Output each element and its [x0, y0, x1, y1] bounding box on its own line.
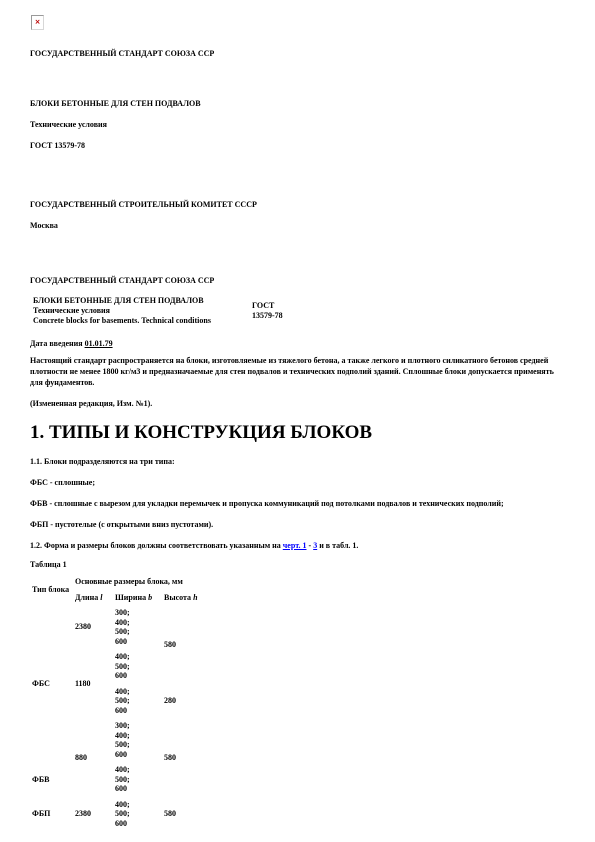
cell-widths: 400; 500; 600 [113, 684, 162, 719]
scope-paragraph: Настоящий стандарт распространяется на б… [30, 355, 567, 388]
cell-type-fbs: ФБС [30, 605, 73, 762]
section-1-heading: 1. ТИПЫ И КОНСТРУКЦИЯ БЛОКОВ [30, 421, 567, 445]
effective-date-label: Дата введения [30, 339, 83, 348]
clause-1-2-suffix: и в табл. 1. [317, 541, 358, 550]
cell-height-280: 280 [162, 684, 214, 719]
title-block-title-ru: БЛОКИ БЕТОННЫЕ ДЛЯ СТЕН ПОДВАЛОВ [33, 296, 252, 306]
cell-height-580: 580 [162, 718, 214, 797]
committee-name: ГОСУДАРСТВЕННЫЙ СТРОИТЕЛЬНЫЙ КОМИТЕТ ССС… [30, 199, 567, 210]
table-1: Тип блока Основные размеры блока, мм Дли… [30, 574, 214, 831]
document-subtitle: Технические условия [30, 119, 567, 130]
table-row: ФБС 2380 300; 400; 500; 600 580 [30, 605, 214, 649]
table-header-length-symbol: l [100, 593, 102, 602]
union-standard-heading-repeat: ГОСУДАРСТВЕННЫЙ СТАНДАРТ СОЮЗА ССР [30, 275, 567, 286]
table-header-width: Ширина b [113, 590, 162, 606]
clause-1-2: 1.2. Форма и размеры блоков должны соотв… [30, 540, 567, 551]
cell-widths: 300; 400; 500; 600 [113, 718, 162, 762]
gost-label: ГОСТ [252, 301, 283, 311]
table-header-row-1: Тип блока Основные размеры блока, мм [30, 574, 214, 590]
cell-type-fbv: ФБВ [30, 762, 73, 797]
cell-widths: 400; 500; 600 [113, 797, 162, 832]
cell-length-2380: 2380 [73, 797, 113, 832]
block-type-item-fbs: ФБС - сплошные; [30, 477, 567, 488]
cell-widths: 300; 400; 500; 600 [113, 605, 162, 649]
amendment-note: (Измененная редакция, Изм. №1). [30, 398, 567, 409]
table-header-height-label: Высота [164, 593, 191, 602]
clause-1-2-prefix: 1.2. Форма и размеры блоков должны соотв… [30, 541, 283, 550]
title-block: БЛОКИ БЕТОННЫЕ ДЛЯ СТЕН ПОДВАЛОВ Техниче… [30, 296, 567, 326]
cell-length-880: 880 [73, 718, 113, 797]
document-number: ГОСТ 13579-78 [30, 140, 567, 151]
drawing-1-link[interactable]: черт. 1 [283, 541, 307, 550]
table-header-width-symbol: b [148, 593, 152, 602]
clause-1-1: 1.1. Блоки подразделяются на три типа: [30, 456, 567, 467]
table-1-caption: Таблица 1 [30, 559, 567, 570]
table-header-height: Высота h [162, 590, 214, 606]
effective-date-value[interactable]: 01.01.79 [85, 339, 113, 348]
title-block-left: БЛОКИ БЕТОННЫЕ ДЛЯ СТЕН ПОДВАЛОВ Техниче… [30, 296, 252, 326]
city-label: Москва [30, 220, 567, 231]
cell-length-1180: 1180 [73, 649, 113, 718]
table-header-length: Длина l [73, 590, 113, 606]
gost-number: 13579-78 [252, 311, 283, 321]
block-type-item-fbp: ФБП - пустотелые (с открытыми вниз пусто… [30, 519, 567, 530]
document-title: БЛОКИ БЕТОННЫЕ ДЛЯ СТЕН ПОДВАЛОВ [30, 98, 567, 109]
broken-image-x-icon: × [35, 19, 41, 26]
table-header-width-label: Ширина [115, 593, 146, 602]
cell-widths: 400; 500; 600 [113, 762, 162, 797]
table-header-dims: Основные размеры блока, мм [73, 574, 214, 590]
cell-length-2380: 2380 [73, 605, 113, 649]
effective-date-line: Дата введения 01.01.79 [30, 338, 567, 349]
table-header-type: Тип блока [30, 574, 73, 605]
title-block-gost: ГОСТ 13579-78 [252, 301, 283, 321]
union-standard-heading: ГОСУДАРСТВЕННЫЙ СТАНДАРТ СОЮЗА ССР [30, 48, 567, 59]
cell-height-580: 580 [162, 797, 214, 832]
cell-type-fbp: ФБП [30, 797, 73, 832]
block-type-item-fbv: ФБВ - сплошные с вырезом для укладки пер… [30, 498, 567, 509]
cell-height-580: 580 [162, 605, 214, 684]
cell-widths: 400; 500; 600 [113, 649, 162, 684]
broken-image-icon: × [31, 15, 44, 30]
title-block-title-en: Concrete blocks for basements. Technical… [33, 316, 252, 326]
title-block-subtitle-ru: Технические условия [33, 306, 252, 316]
document-page: × ГОСУДАРСТВЕННЫЙ СТАНДАРТ СОЮЗА ССР БЛО… [0, 0, 595, 842]
table-header-height-symbol: h [193, 593, 197, 602]
table-header-length-label: Длина [75, 593, 98, 602]
table-row: ФБП 2380 400; 500; 600 580 [30, 797, 214, 832]
